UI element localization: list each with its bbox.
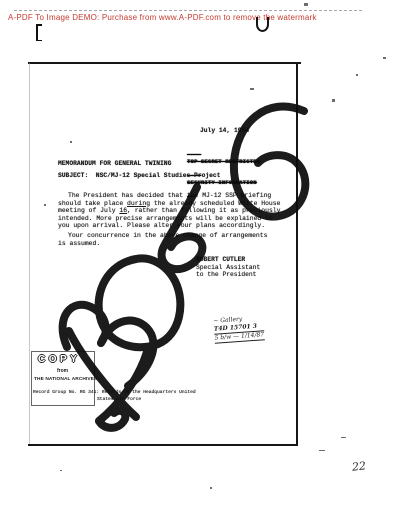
memo-paragraph2-line2: is assumed.	[58, 240, 100, 247]
watermark-text: A-PDF To Image DEMO: Purchase from www.A…	[8, 14, 317, 23]
memo-paragraph1-line3: meeting of July 16, rather than followin…	[58, 207, 280, 214]
scan-artifact-line	[14, 10, 362, 11]
signature-title2: to the President	[196, 272, 256, 279]
memo-text: meeting of July	[58, 207, 119, 214]
memo-paragraph1-line1: The President has decided that the MJ-12…	[68, 192, 271, 199]
handwritten-annotation: ~ Gallery T4D 15701 3 5 b/w — 1/14/87	[213, 314, 264, 343]
scan-speck	[383, 57, 386, 59]
scan-speck	[250, 88, 254, 90]
scan-speck	[341, 437, 346, 438]
archives-record-group-line1: Record Group No. RG 341: Records of the …	[33, 390, 196, 395]
document-border-right	[296, 62, 298, 446]
memo-text: should take place	[58, 200, 127, 207]
memo-text-underlined: during	[127, 200, 150, 207]
memo-paragraph2-line1: Your concurrence in the above change of …	[68, 232, 267, 239]
scrawl-letter-B-left	[63, 305, 106, 347]
ink-mark-bracket	[36, 24, 42, 41]
memo-paragraph1-line2: should take place during the already sch…	[58, 200, 280, 207]
scan-speck	[319, 450, 325, 451]
classification-stamp-line1: TOP SECRET RESTRICTED	[187, 159, 260, 166]
scan-speck	[304, 3, 308, 6]
scrawl-letter-o	[99, 258, 181, 347]
memo-paragraph1-line5: you upon arrival. Please alter your plan…	[58, 222, 265, 229]
memo-text-underlined: 16	[119, 207, 127, 214]
classification-stamp-line2: SECURITY INFORMATION	[187, 180, 260, 187]
archives-stamp-name: THE NATIONAL ARCHIVES	[34, 377, 97, 382]
scrawl-bottom-tail	[99, 411, 125, 428]
memo-recipient-line: MEMORANDUM FOR GENERAL TWINING	[58, 161, 171, 168]
scan-speck	[44, 204, 46, 206]
scan-speck	[210, 487, 212, 489]
memo-paragraph1-line4: intended. More precise arrangements will…	[58, 215, 273, 222]
memo-date: July 14, 1954	[200, 128, 249, 135]
document-border-bottom	[28, 444, 298, 446]
scrawl-down-stroke-2	[99, 352, 147, 421]
ink-mark-u-shape	[256, 17, 269, 32]
archives-stamp-from: from	[57, 369, 68, 375]
scan-speck	[70, 141, 72, 143]
archives-record-group-line2: States Air Force	[97, 397, 141, 402]
document-border-left	[29, 63, 30, 444]
memo-text: the already scheduled White House	[150, 200, 280, 207]
scrawl-letter-B-right	[101, 321, 153, 386]
scan-speck	[60, 470, 62, 471]
memo-subject-line: SUBJECT: NSC/MJ-12 Special Studies Proje…	[58, 173, 221, 180]
memo-text: , rather than following it as previously	[127, 207, 280, 214]
scan-speck	[356, 74, 358, 76]
signature-name: ROBERT CUTLER	[196, 257, 245, 264]
page-number: 22	[351, 460, 366, 473]
scanned-document-page: A-PDF To Image DEMO: Purchase from www.A…	[0, 0, 399, 512]
document-border-top	[28, 62, 301, 64]
archives-stamp-copy: COPY	[38, 354, 80, 365]
scan-speck	[332, 99, 335, 102]
